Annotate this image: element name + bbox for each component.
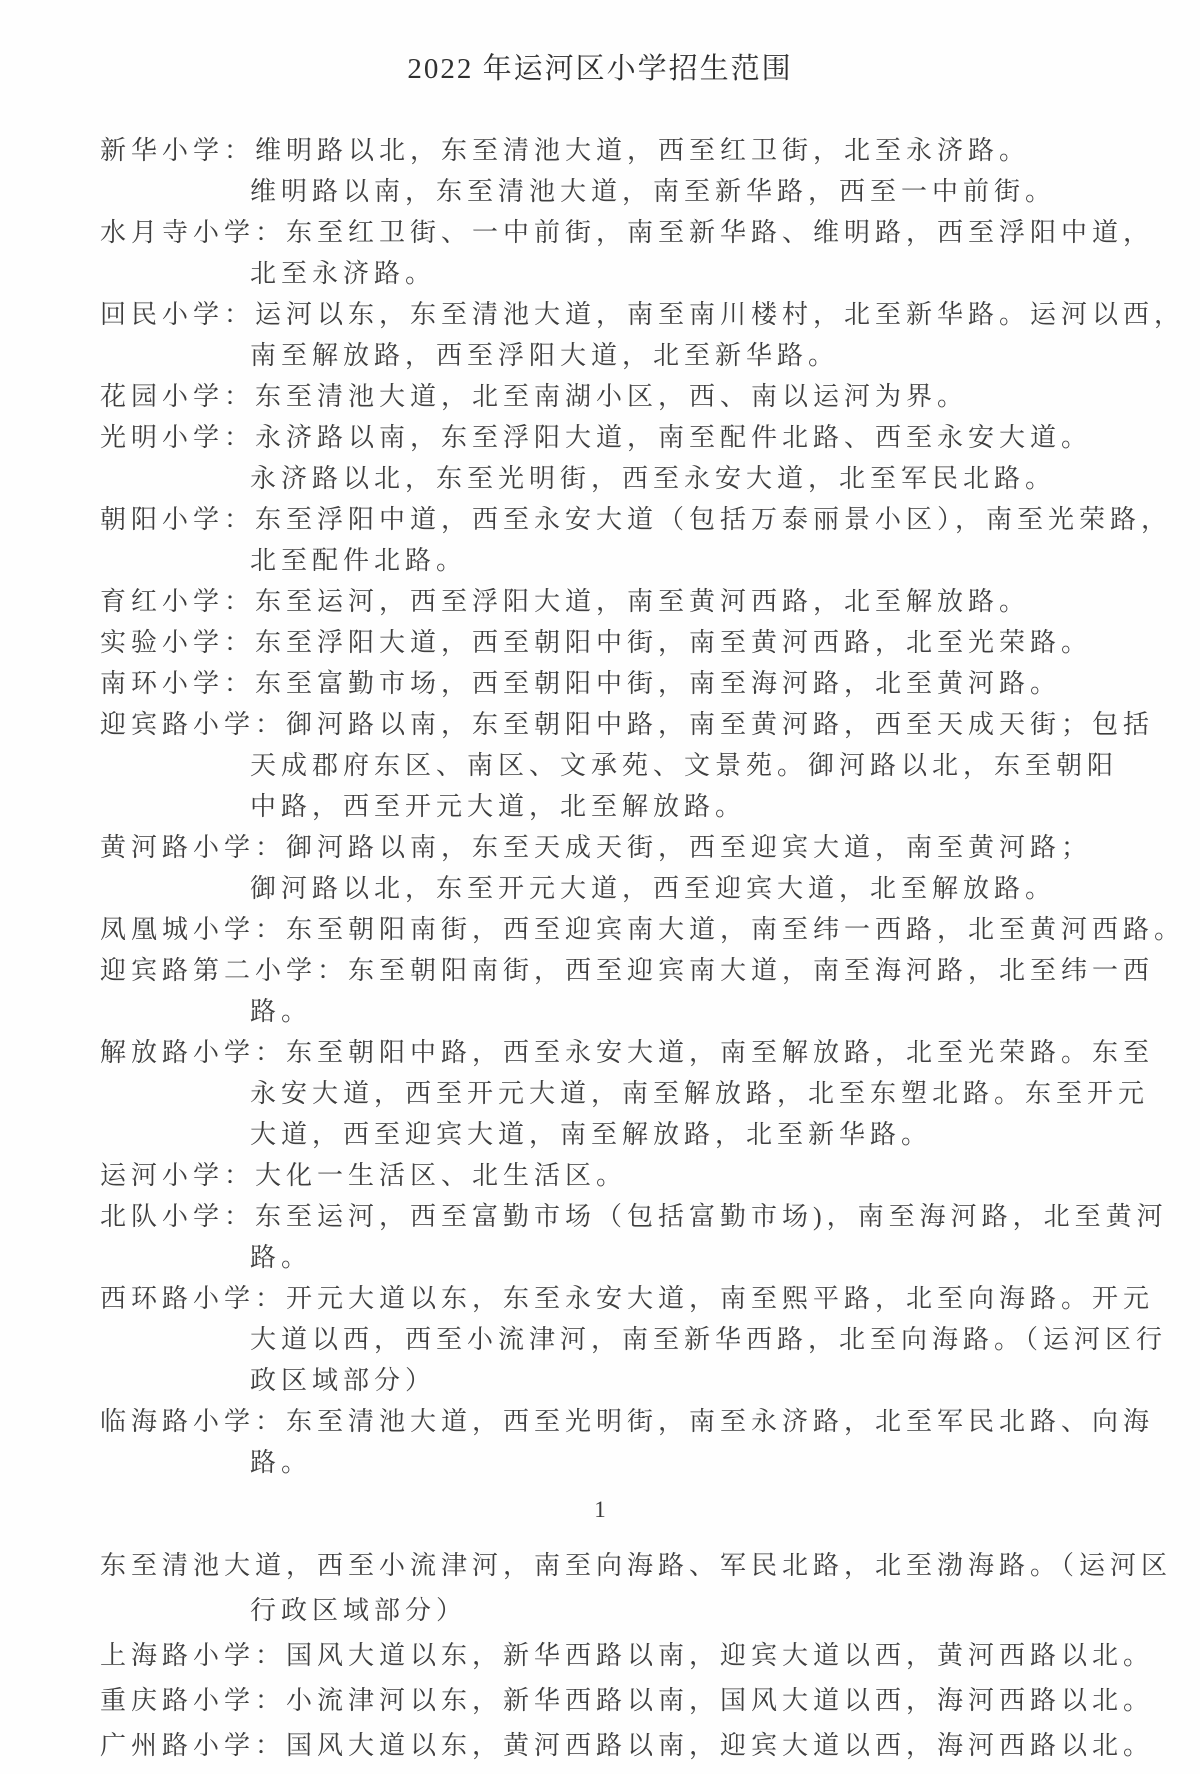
document-line: 政区域部分） — [100, 1360, 1160, 1401]
document-line: 新华小学：维明路以北，东至清池大道，西至红卫街，北至永济路。 — [100, 130, 1160, 171]
document-line: 御河路以北，东至开元大道，西至迎宾大道，北至解放路。 — [100, 868, 1160, 909]
document-line: 北队小学：东至运河，西至富勤市场（包括富勤市场)，南至海河路，北至黄河 — [100, 1196, 1160, 1237]
document-line: 黄河路小学：御河路以南，东至天成天街，西至迎宾大道，南至黄河路； — [100, 827, 1160, 868]
document-line: 大道，西至迎宾大道，南至解放路，北至新华路。 — [100, 1114, 1160, 1155]
document-line: 运河小学：大化一生活区、北生活区。 — [100, 1155, 1160, 1196]
document-line: 路。 — [100, 1442, 1160, 1483]
document-line: 大道以西，西至小流津河，南至新华西路，北至向海路。（运河区行 — [100, 1319, 1160, 1360]
page-number: 1 — [0, 1487, 1200, 1533]
document-line: 解放路小学：东至朝阳中路，西至永安大道，南至解放路，北至光荣路。东至 — [100, 1032, 1160, 1073]
document-line: 朝阳小学：东至浮阳中道，西至永安大道（包括万泰丽景小区），南至光荣路， — [100, 499, 1160, 540]
document-line: 迎宾路第二小学：东至朝阳南街，西至迎宾南大道，南至海河路，北至纬一西 — [100, 950, 1160, 991]
document-line: 维明路以南，东至清池大道，南至新华路，西至一中前街。 — [100, 171, 1160, 212]
document-line: 迎宾路小学：御河路以南，东至朝阳中路，南至黄河路，西至天成天街；包括 — [100, 704, 1160, 745]
document-title: 2022 年运河区小学招生范围 — [0, 0, 1200, 88]
document-line: 育红小学：东至运河，西至浮阳大道，南至黄河西路，北至解放路。 — [100, 581, 1160, 622]
enrollment-range-list-page2: 东至清池大道，西至小流津河，南至向海路、军民北路，北至渤海路。（运河区行政区域部… — [100, 1543, 1160, 1768]
document-line: 上海路小学：国风大道以东，新华西路以南，迎宾大道以西，黄河西路以北。 — [100, 1633, 1160, 1678]
document-line: 永济路以北，东至光明街，西至永安大道，北至军民北路。 — [100, 458, 1160, 499]
document-line: 水月寺小学：东至红卫街、一中前街，南至新华路、维明路，西至浮阳中道， — [100, 212, 1160, 253]
document-line: 重庆路小学：小流津河以东，新华西路以南，国风大道以西，海河西路以北。 — [100, 1678, 1160, 1723]
document-line: 天成郡府东区、南区、文承苑、文景苑。御河路以北，东至朝阳 — [100, 745, 1160, 786]
document-line: 北至配件北路。 — [100, 540, 1160, 581]
document-line: 北至永济路。 — [100, 253, 1160, 294]
document-line: 花园小学：东至清池大道，北至南湖小区，西、南以运河为界。 — [100, 376, 1160, 417]
document-line: 行政区域部分） — [100, 1588, 1160, 1633]
document-page: 2022 年运河区小学招生范围 新华小学：维明路以北，东至清池大道，西至红卫街，… — [0, 0, 1200, 1774]
document-line: 光明小学：永济路以南，东至浮阳大道，南至配件北路、西至永安大道。 — [100, 417, 1160, 458]
document-line: 南环小学：东至富勤市场，西至朝阳中街，南至海河路，北至黄河路。 — [100, 663, 1160, 704]
document-line: 路。 — [100, 1237, 1160, 1278]
document-line: 路。 — [100, 991, 1160, 1032]
document-line: 中路，西至开元大道，北至解放路。 — [100, 786, 1160, 827]
document-line: 西环路小学：开元大道以东，东至永安大道，南至熙平路，北至向海路。开元 — [100, 1278, 1160, 1319]
document-line: 南至解放路，西至浮阳大道，北至新华路。 — [100, 335, 1160, 376]
document-line: 实验小学：东至浮阳大道，西至朝阳中街，南至黄河西路，北至光荣路。 — [100, 622, 1160, 663]
document-line: 永安大道，西至开元大道，南至解放路，北至东塑北路。东至开元 — [100, 1073, 1160, 1114]
document-line: 广州路小学：国风大道以东，黄河西路以南，迎宾大道以西，海河西路以北。 — [100, 1723, 1160, 1768]
document-line: 临海路小学：东至清池大道，西至光明街，南至永济路，北至军民北路、向海 — [100, 1401, 1160, 1442]
document-line: 东至清池大道，西至小流津河，南至向海路、军民北路，北至渤海路。（运河区 — [100, 1543, 1160, 1588]
document-line: 凤凰城小学：东至朝阳南街，西至迎宾南大道，南至纬一西路，北至黄河西路。 — [100, 909, 1160, 950]
enrollment-range-list-page1: 新华小学：维明路以北，东至清池大道，西至红卫街，北至永济路。维明路以南，东至清池… — [100, 130, 1160, 1483]
document-line: 回民小学：运河以东，东至清池大道，南至南川楼村，北至新华路。运河以西， — [100, 294, 1160, 335]
